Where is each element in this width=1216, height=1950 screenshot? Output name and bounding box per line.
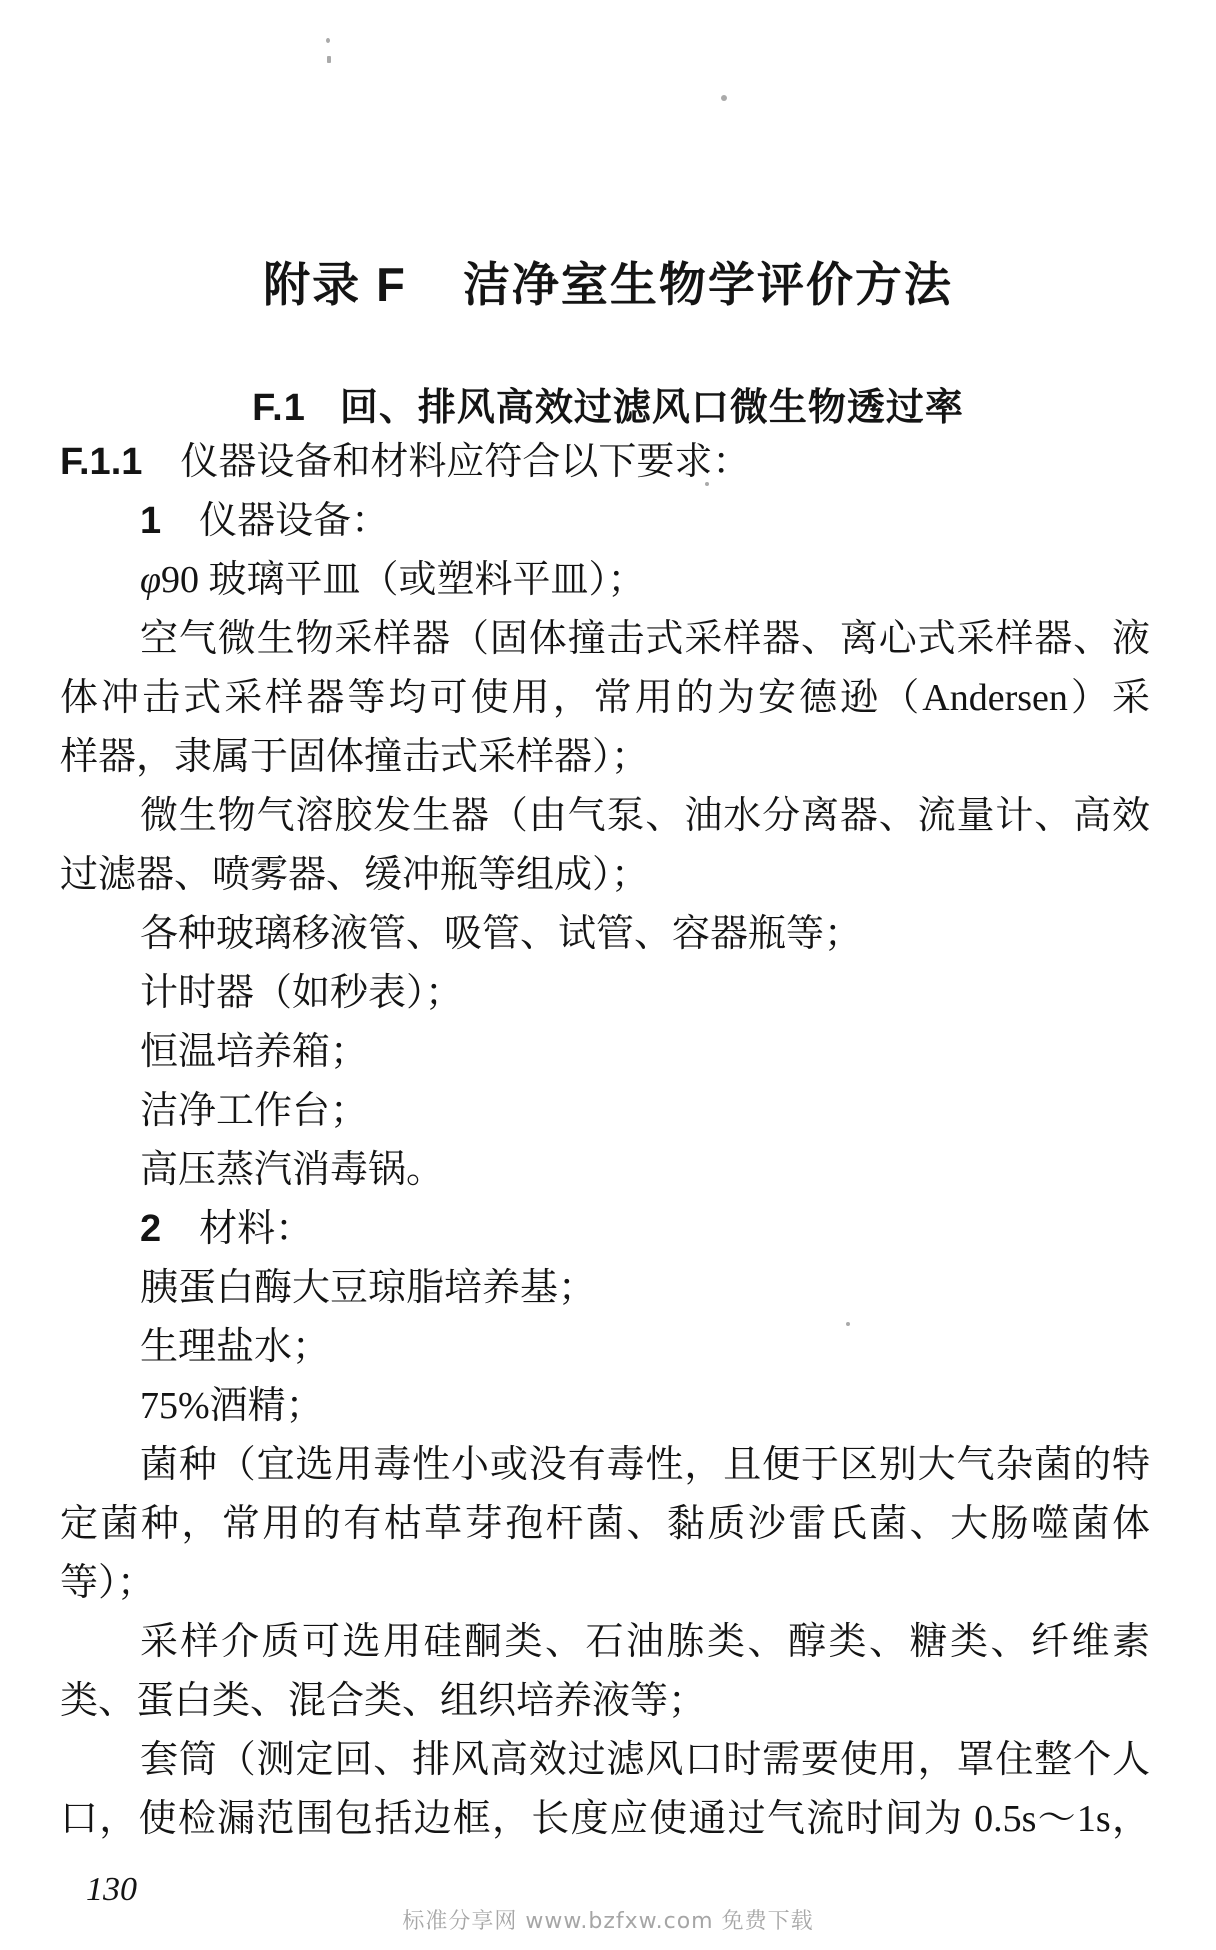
text-line: 高压蒸汽消毒锅。 xyxy=(60,1141,1150,1200)
text-segment: 75%酒精； xyxy=(140,1385,324,1427)
text-line: 生理盐水； xyxy=(60,1318,1150,1377)
text-segment: 菌种（宜选用毒性小或没有毒性，且便于区别大气杂菌的特 xyxy=(140,1444,1150,1486)
section-heading-text: 回、排风高效过滤风口微生物透过率 xyxy=(340,386,964,430)
text-line: 菌种（宜选用毒性小或没有毒性，且便于区别大气杂菌的特 xyxy=(60,1436,1150,1495)
text-segment: 微生物气溶胶发生器（由气泵、油水分离器、流量计、高效 xyxy=(140,795,1150,837)
text-line: 洁净工作台； xyxy=(60,1082,1150,1141)
text-segment: 口，使检漏范围包括边框，长度应使通过气流时间为 0.5s～1s， xyxy=(60,1798,1150,1840)
text-line: 微生物气溶胶发生器（由气泵、油水分离器、流量计、高效 xyxy=(60,787,1150,846)
section-heading: F.1 回、排风高效过滤风口微生物透过率 xyxy=(0,386,1216,430)
appendix-title-label: 附录 F xyxy=(263,257,407,313)
text-segment: 1 xyxy=(140,500,161,542)
scan-artifact xyxy=(705,482,709,486)
text-segment: 生理盐水； xyxy=(140,1326,330,1368)
text-line: F.1.1 仪器设备和材料应符合以下要求： xyxy=(60,433,1150,492)
text-line: 体冲击式采样器等均可使用，常用的为安德逊（Andersen）采 xyxy=(60,669,1150,728)
text-line: 样器，隶属于固体撞击式采样器）； xyxy=(60,728,1150,787)
appendix-title-text: 洁净室生物学评价方法 xyxy=(463,257,953,313)
text-line: 空气微生物采样器（固体撞击式采样器、离心式采样器、液 xyxy=(60,610,1150,669)
text-line: 计时器（如秒表）； xyxy=(60,964,1150,1023)
text-line: 胰蛋白酶大豆琼脂培养基； xyxy=(60,1259,1150,1318)
section-heading-label: F.1 xyxy=(252,386,306,430)
text-segment: 定菌种，常用的有枯草芽孢杆菌、黏质沙雷氏菌、大肠噬菌体 xyxy=(60,1503,1150,1545)
text-segment: 空气微生物采样器（固体撞击式采样器、离心式采样器、液 xyxy=(140,618,1150,660)
body-text: F.1.1 仪器设备和材料应符合以下要求：1 仪器设备：φ90 玻璃平皿（或塑料… xyxy=(60,433,1150,1849)
text-segment: 采样介质可选用硅酮类、石油胨类、醇类、糖类、纤维素 xyxy=(140,1621,1150,1663)
text-line: 2 材料： xyxy=(60,1200,1150,1259)
text-line: 定菌种，常用的有枯草芽孢杆菌、黏质沙雷氏菌、大肠噬菌体 xyxy=(60,1495,1150,1554)
text-segment: 胰蛋白酶大豆琼脂培养基； xyxy=(140,1267,596,1309)
text-line: 采样介质可选用硅酮类、石油胨类、醇类、糖类、纤维素 xyxy=(60,1613,1150,1672)
text-segment: φ xyxy=(140,559,161,601)
text-line: φ90 玻璃平皿（或塑料平皿）； xyxy=(60,551,1150,610)
text-segment: 过滤器、喷雾器、缓冲瓶等组成）； xyxy=(60,854,649,896)
text-segment: 样器，隶属于固体撞击式采样器）； xyxy=(60,736,649,778)
text-segment: 体冲击式采样器等均可使用，常用的为安德逊（Andersen）采 xyxy=(60,677,1150,719)
scan-artifact xyxy=(327,56,331,63)
text-segment: 计时器（如秒表）； xyxy=(140,972,463,1014)
text-segment: 等）； xyxy=(60,1562,155,1604)
text-line: 套筒（测定回、排风高效过滤风口时需要使用，罩住整个人 xyxy=(60,1731,1150,1790)
text-segment: 仪器设备和材料应符合以下要求： xyxy=(142,441,750,483)
scan-artifact xyxy=(846,1322,850,1326)
text-segment: 仪器设备： xyxy=(161,500,389,542)
text-line: 等）； xyxy=(60,1554,1150,1613)
text-line: 恒温培养箱； xyxy=(60,1023,1150,1082)
document-page: 附录 F 洁净室生物学评价方法 F.1 回、排风高效过滤风口微生物透过率 F.1… xyxy=(0,0,1216,1950)
appendix-title: 附录 F 洁净室生物学评价方法 xyxy=(0,257,1216,313)
footer-watermark: 标准分享网 www.bzfxw.com 免费下载 xyxy=(0,1908,1216,1936)
text-line: 1 仪器设备： xyxy=(60,492,1150,551)
text-segment: 套筒（测定回、排风高效过滤风口时需要使用，罩住整个人 xyxy=(140,1739,1150,1781)
text-segment: 90 玻璃平皿（或塑料平皿）； xyxy=(161,559,646,601)
text-line: 类、蛋白类、混合类、组织培养液等； xyxy=(60,1672,1150,1731)
text-segment: 洁净工作台； xyxy=(140,1090,368,1132)
text-segment: F.1.1 xyxy=(60,441,142,483)
text-line: 过滤器、喷雾器、缓冲瓶等组成）； xyxy=(60,846,1150,905)
page-number: 130 xyxy=(86,1870,137,1910)
text-segment: 类、蛋白类、混合类、组织培养液等； xyxy=(60,1680,706,1722)
text-line: 口，使检漏范围包括边框，长度应使通过气流时间为 0.5s～1s， xyxy=(60,1790,1150,1849)
text-segment: 恒温培养箱； xyxy=(140,1031,368,1073)
text-segment: 材料： xyxy=(161,1208,313,1250)
scan-artifact xyxy=(721,95,727,101)
scan-artifact xyxy=(326,38,330,43)
text-segment: 各种玻璃移液管、吸管、试管、容器瓶等； xyxy=(140,913,862,955)
text-segment: 高压蒸汽消毒锅。 xyxy=(140,1149,444,1191)
text-line: 75%酒精； xyxy=(60,1377,1150,1436)
text-segment: 2 xyxy=(140,1208,161,1250)
text-line: 各种玻璃移液管、吸管、试管、容器瓶等； xyxy=(60,905,1150,964)
